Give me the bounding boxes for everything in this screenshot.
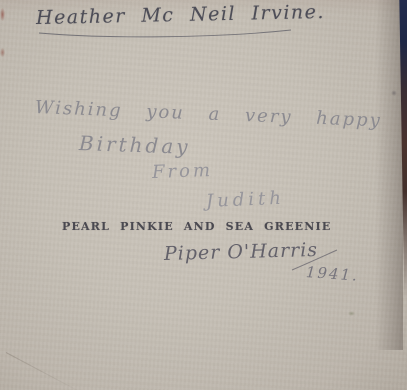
- printed-book-title: PEARL PINKIE AND SEA GREENIE: [62, 220, 331, 233]
- owner-name-inscription: Heather Mc Neil Irvine.: [36, 1, 325, 29]
- paper-crease: [6, 352, 86, 390]
- paper-speck: [0, 8, 5, 21]
- paper-speck: [348, 311, 355, 316]
- dedication-line-3: From: [152, 160, 214, 183]
- book-cover-edge: [398, 0, 407, 300]
- underline-flourish: [37, 27, 295, 41]
- paper-speck: [0, 48, 5, 57]
- paper-speck: [391, 90, 397, 96]
- paper-texture: [0, 0, 407, 390]
- dedication-line-1: Wishing you a very happy: [35, 97, 383, 131]
- page-curve-shadow: [375, 0, 403, 350]
- dedication-line-2: Birthday: [79, 131, 191, 159]
- year-inscription: 1941.: [305, 263, 359, 285]
- dedication-line-4: Judith: [206, 188, 286, 212]
- book-page-photo: Heather Mc Neil Irvine. Wishing you a ve…: [0, 0, 407, 390]
